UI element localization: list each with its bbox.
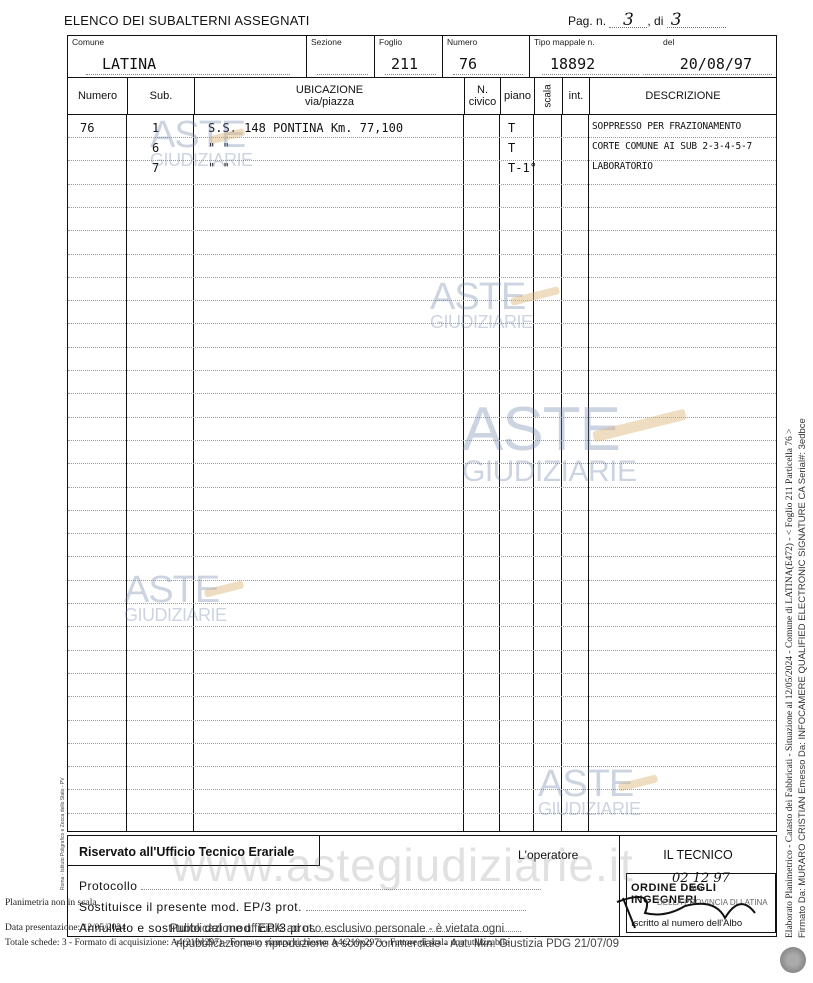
field-sezione-label: Sezione xyxy=(311,37,342,47)
certificate-seal-icon xyxy=(780,947,806,973)
col-scala: scala xyxy=(534,78,562,114)
cell-piano: T xyxy=(508,141,515,155)
row-rule xyxy=(68,393,776,394)
col-numero: Numero xyxy=(68,78,127,114)
row-rule xyxy=(68,720,776,721)
header-fields-box: Comune LATINA Sezione Foglio 211 Numero … xyxy=(67,35,777,78)
protocollo-label: Protocollo xyxy=(79,879,137,893)
side-text-firmato: Firmato Da: MURARO CRISTIAN Emesso Da: I… xyxy=(797,418,808,938)
cell-piano: T-1° xyxy=(508,161,537,175)
watermark-url: www.astegiudiziarie.it xyxy=(172,838,634,892)
row-rule xyxy=(68,673,776,674)
field-numero-value: 76 xyxy=(453,54,523,75)
row-rule xyxy=(68,440,776,441)
field-del-value: 20/08/97 xyxy=(643,54,772,75)
cell-ubicazione: " " xyxy=(208,161,230,175)
watermark-note-1: Pubblicazione ufficiale ad uso esclusivo… xyxy=(170,923,504,935)
cell-sub: 7 xyxy=(152,161,159,175)
field-comune: Comune LATINA xyxy=(68,36,306,77)
row-rule xyxy=(68,370,776,371)
cell-ubicazione: S.S. 148 PONTINA Km. 77,100 xyxy=(208,121,403,135)
field-comune-label: Comune xyxy=(72,37,104,47)
page-number: 3 xyxy=(609,13,647,28)
row-rule xyxy=(68,603,776,604)
col-int: int. xyxy=(562,78,589,114)
cell-piano: T xyxy=(508,121,515,135)
field-comune-value: LATINA xyxy=(86,54,290,75)
table-header: Numero Sub. UBICAZIONE via/piazza N. civ… xyxy=(67,78,777,115)
row-rule xyxy=(68,323,776,324)
page-indicator: Pag. n. 3, di 3 xyxy=(568,13,726,28)
table-row: 761S.S. 148 PONTINA Km. 77,100TSOPPRESSO… xyxy=(68,121,776,139)
row-rule xyxy=(68,417,776,418)
col-divider xyxy=(463,115,464,831)
field-foglio-value: 211 xyxy=(385,54,436,75)
sostituisce-label: Sostituisce il presente mod. EP/3 prot. xyxy=(79,900,302,914)
col-divider xyxy=(561,115,562,831)
row-rule xyxy=(68,626,776,627)
col-divider xyxy=(588,115,589,831)
table-row: 7" "T-1°LABORATORIO xyxy=(68,161,776,179)
sostituisce-field xyxy=(306,900,526,911)
row-rule xyxy=(68,556,776,557)
row-rule xyxy=(68,510,776,511)
field-tipo-mappale-value: 18892 xyxy=(542,54,639,75)
row-rule xyxy=(68,813,776,814)
col-ubicazione-title: UBICAZIONE xyxy=(296,84,363,96)
page-of-label: di xyxy=(654,14,663,28)
cell-descrizione: CORTE COMUNE AI SUB 2-3-4-5-7 xyxy=(592,141,752,152)
field-foglio-label: Foglio xyxy=(379,37,402,47)
col-sub: Sub. xyxy=(127,78,194,114)
cell-numero: 76 xyxy=(80,121,94,135)
col-divider xyxy=(533,115,534,831)
field-tipo-mappale-label: Tipo mappale n. xyxy=(534,37,595,47)
row-rule xyxy=(68,184,776,185)
row-rule xyxy=(68,277,776,278)
col-civico-title: N. xyxy=(477,84,488,96)
row-rule xyxy=(68,207,776,208)
cell-sub: 1 xyxy=(152,121,159,135)
left-margin-text: Roma - Istituto Poligrafico e Zecca dell… xyxy=(60,777,66,890)
row-rule xyxy=(68,650,776,651)
col-ubicazione: UBICAZIONE via/piazza xyxy=(194,78,464,114)
totale-schede: Totale schede: 3 - Formato di acquisizio… xyxy=(5,938,509,948)
table-body: 761S.S. 148 PONTINA Km. 77,100TSOPPRESSO… xyxy=(67,115,777,832)
field-tipo-mappale: Tipo mappale n. 18892 xyxy=(529,36,639,77)
row-rule xyxy=(68,766,776,767)
signature-icon xyxy=(615,888,765,933)
document-title: ELENCO DEI SUBALTERNI ASSEGNATI xyxy=(64,13,310,28)
col-piano: piano xyxy=(500,78,534,114)
row-rule xyxy=(68,743,776,744)
row-rule xyxy=(68,463,776,464)
cell-descrizione: LABORATORIO xyxy=(592,161,653,172)
field-foglio: Foglio 211 xyxy=(374,36,442,77)
col-civico-sub: civico xyxy=(469,96,497,108)
field-del: del 20/08/97 xyxy=(639,36,776,77)
engineer-stamp: 02 12 97 data ORDINE DEGLI INGEGNERI DEL… xyxy=(626,873,776,933)
field-sezione: Sezione xyxy=(306,36,374,77)
row-rule xyxy=(68,230,776,231)
technician-title: IL TECNICO xyxy=(620,836,776,873)
row-rule xyxy=(68,347,776,348)
table-row: 6" "TCORTE COMUNE AI SUB 2-3-4-5-7 xyxy=(68,141,776,159)
data-presentazione: Data presentazione: 12/05/2024 xyxy=(5,923,126,933)
page-total: 3 xyxy=(667,13,726,28)
row-rule xyxy=(68,300,776,301)
row-rule xyxy=(68,696,776,697)
row-rule xyxy=(68,580,776,581)
technician-box: IL TECNICO 02 12 97 data ORDINE DEGLI IN… xyxy=(619,836,776,936)
cell-ubicazione: " " xyxy=(208,141,230,155)
cell-descrizione: SOPPRESSO PER FRAZIONAMENTO xyxy=(592,121,741,132)
field-del-label: del xyxy=(663,37,674,47)
row-rule xyxy=(68,533,776,534)
page-label: Pag. n. xyxy=(568,14,606,28)
field-sezione-value xyxy=(317,54,368,75)
field-numero-label: Numero xyxy=(447,37,477,47)
field-numero: Numero 76 xyxy=(442,36,529,77)
col-divider xyxy=(193,115,194,831)
row-rule xyxy=(68,789,776,790)
col-divider xyxy=(499,115,500,831)
side-text-elaborato: Elaborato Planimetrico - Catasto dei Fab… xyxy=(785,428,795,938)
planimetria-note: Planimetria non in scala xyxy=(5,898,97,908)
col-divider xyxy=(126,115,127,831)
row-rule xyxy=(68,254,776,255)
row-rule xyxy=(68,487,776,488)
col-ubicazione-sub: via/piazza xyxy=(305,96,354,108)
col-scala-label: scala xyxy=(542,84,554,107)
col-civico: N. civico xyxy=(464,78,500,114)
cell-sub: 6 xyxy=(152,141,159,155)
sostituisce-line: Sostituisce il presente mod. EP/3 prot. xyxy=(79,900,526,914)
col-descrizione: DESCRIZIONE xyxy=(589,78,776,114)
